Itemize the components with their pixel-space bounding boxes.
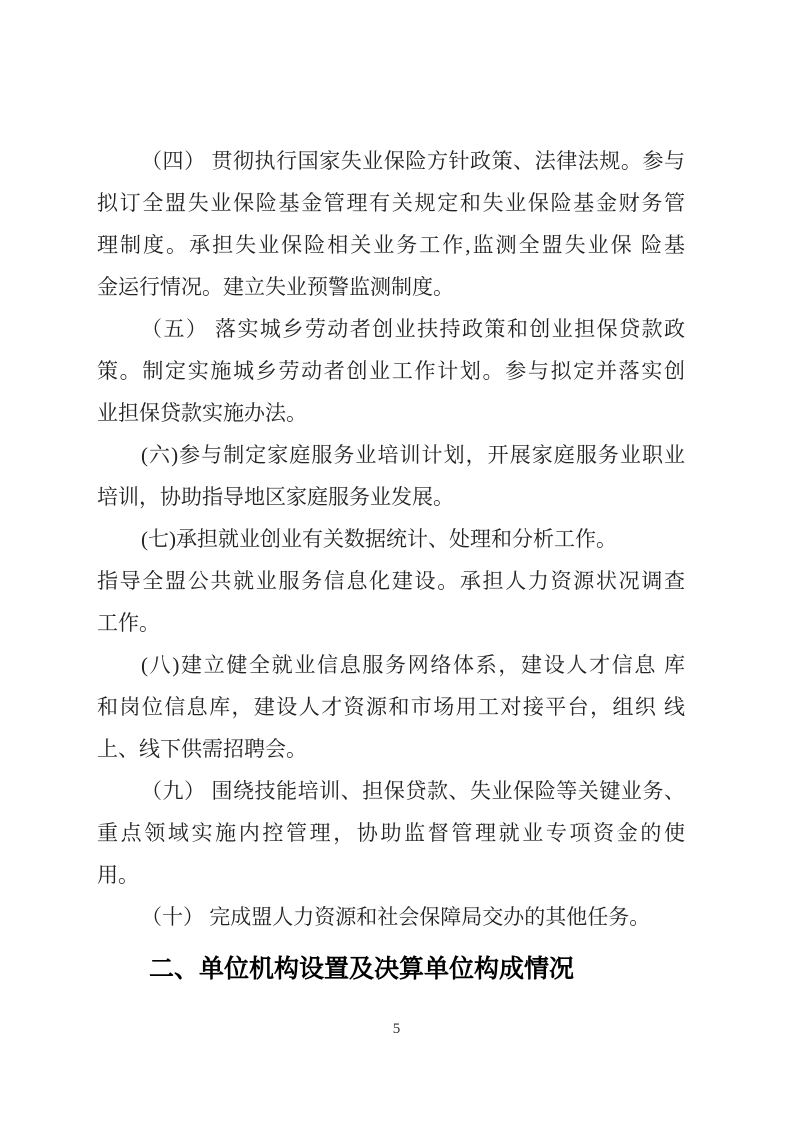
text-line: 重点领域实施内控管理，协助监督管理就业专项资金的使 [97,812,685,854]
text-line: （五） 落实城乡劳动者创业扶持政策和创业担保贷款政 [97,308,685,350]
text-line: (七)承担就业创业有关数据统计、处理和分析工作。 [97,518,685,560]
document-body: （四） 贯彻执行国家失业保险方针政策、法律法规。参与 拟订全盟失业保险基金管理有… [97,140,685,994]
text-line: 工作。 [97,602,685,644]
text-line: （四） 贯彻执行国家失业保险方针政策、法律法规。参与 [97,140,685,182]
text-line: 上、线下供需招聘会。 [97,728,685,770]
text-line: 业担保贷款实施办法。 [97,392,685,434]
paragraph-4: （四） 贯彻执行国家失业保险方针政策、法律法规。参与 拟订全盟失业保险基金管理有… [97,140,685,308]
text-line: （十） 完成盟人力资源和社会保障局交办的其他任务。 [97,896,685,938]
text-line: 和岗位信息库，建设人才资源和市场用工对接平台，组织 线 [97,686,685,728]
text-line: 金运行情况。建立失业预警监测制度。 [97,266,685,308]
text-line: (八)建立健全就业信息服务网络体系，建设人才信息 库 [97,644,685,686]
text-line: 拟订全盟失业保险基金管理有关规定和失业保险基金财务管 [97,182,685,224]
section-heading: 二、单位机构设置及决算单位构成情况 [97,944,685,994]
paragraph-5: （五） 落实城乡劳动者创业扶持政策和创业担保贷款政 策。制定实施城乡劳动者创业工… [97,308,685,434]
text-line: (六)参与制定家庭服务业培训计划，开展家庭服务业职业 [97,434,685,476]
paragraph-8: (八)建立健全就业信息服务网络体系，建设人才信息 库 和岗位信息库，建设人才资源… [97,644,685,770]
text-line: （九） 围绕技能培训、担保贷款、失业保险等关键业务、 [97,770,685,812]
paragraph-7: (七)承担就业创业有关数据统计、处理和分析工作。 指导全盟公共就业服务信息化建设… [97,518,685,644]
page-number: 5 [0,1018,793,1040]
paragraph-6: (六)参与制定家庭服务业培训计划，开展家庭服务业职业 培训，协助指导地区家庭服务… [97,434,685,518]
paragraph-9: （九） 围绕技能培训、担保贷款、失业保险等关键业务、 重点领域实施内控管理，协助… [97,770,685,896]
text-line: 理制度。承担失业保险相关业务工作,监测全盟失业保 险基 [97,224,685,266]
text-line: 用。 [97,854,685,896]
text-line: 培训，协助指导地区家庭服务业发展。 [97,476,685,518]
document-page: （四） 贯彻执行国家失业保险方针政策、法律法规。参与 拟订全盟失业保险基金管理有… [0,0,793,1122]
text-line: 策。制定实施城乡劳动者创业工作计划。参与拟定并落实创 [97,350,685,392]
text-line: 指导全盟公共就业服务信息化建设。承担人力资源状况调查 [97,560,685,602]
paragraph-10: （十） 完成盟人力资源和社会保障局交办的其他任务。 [97,896,685,938]
